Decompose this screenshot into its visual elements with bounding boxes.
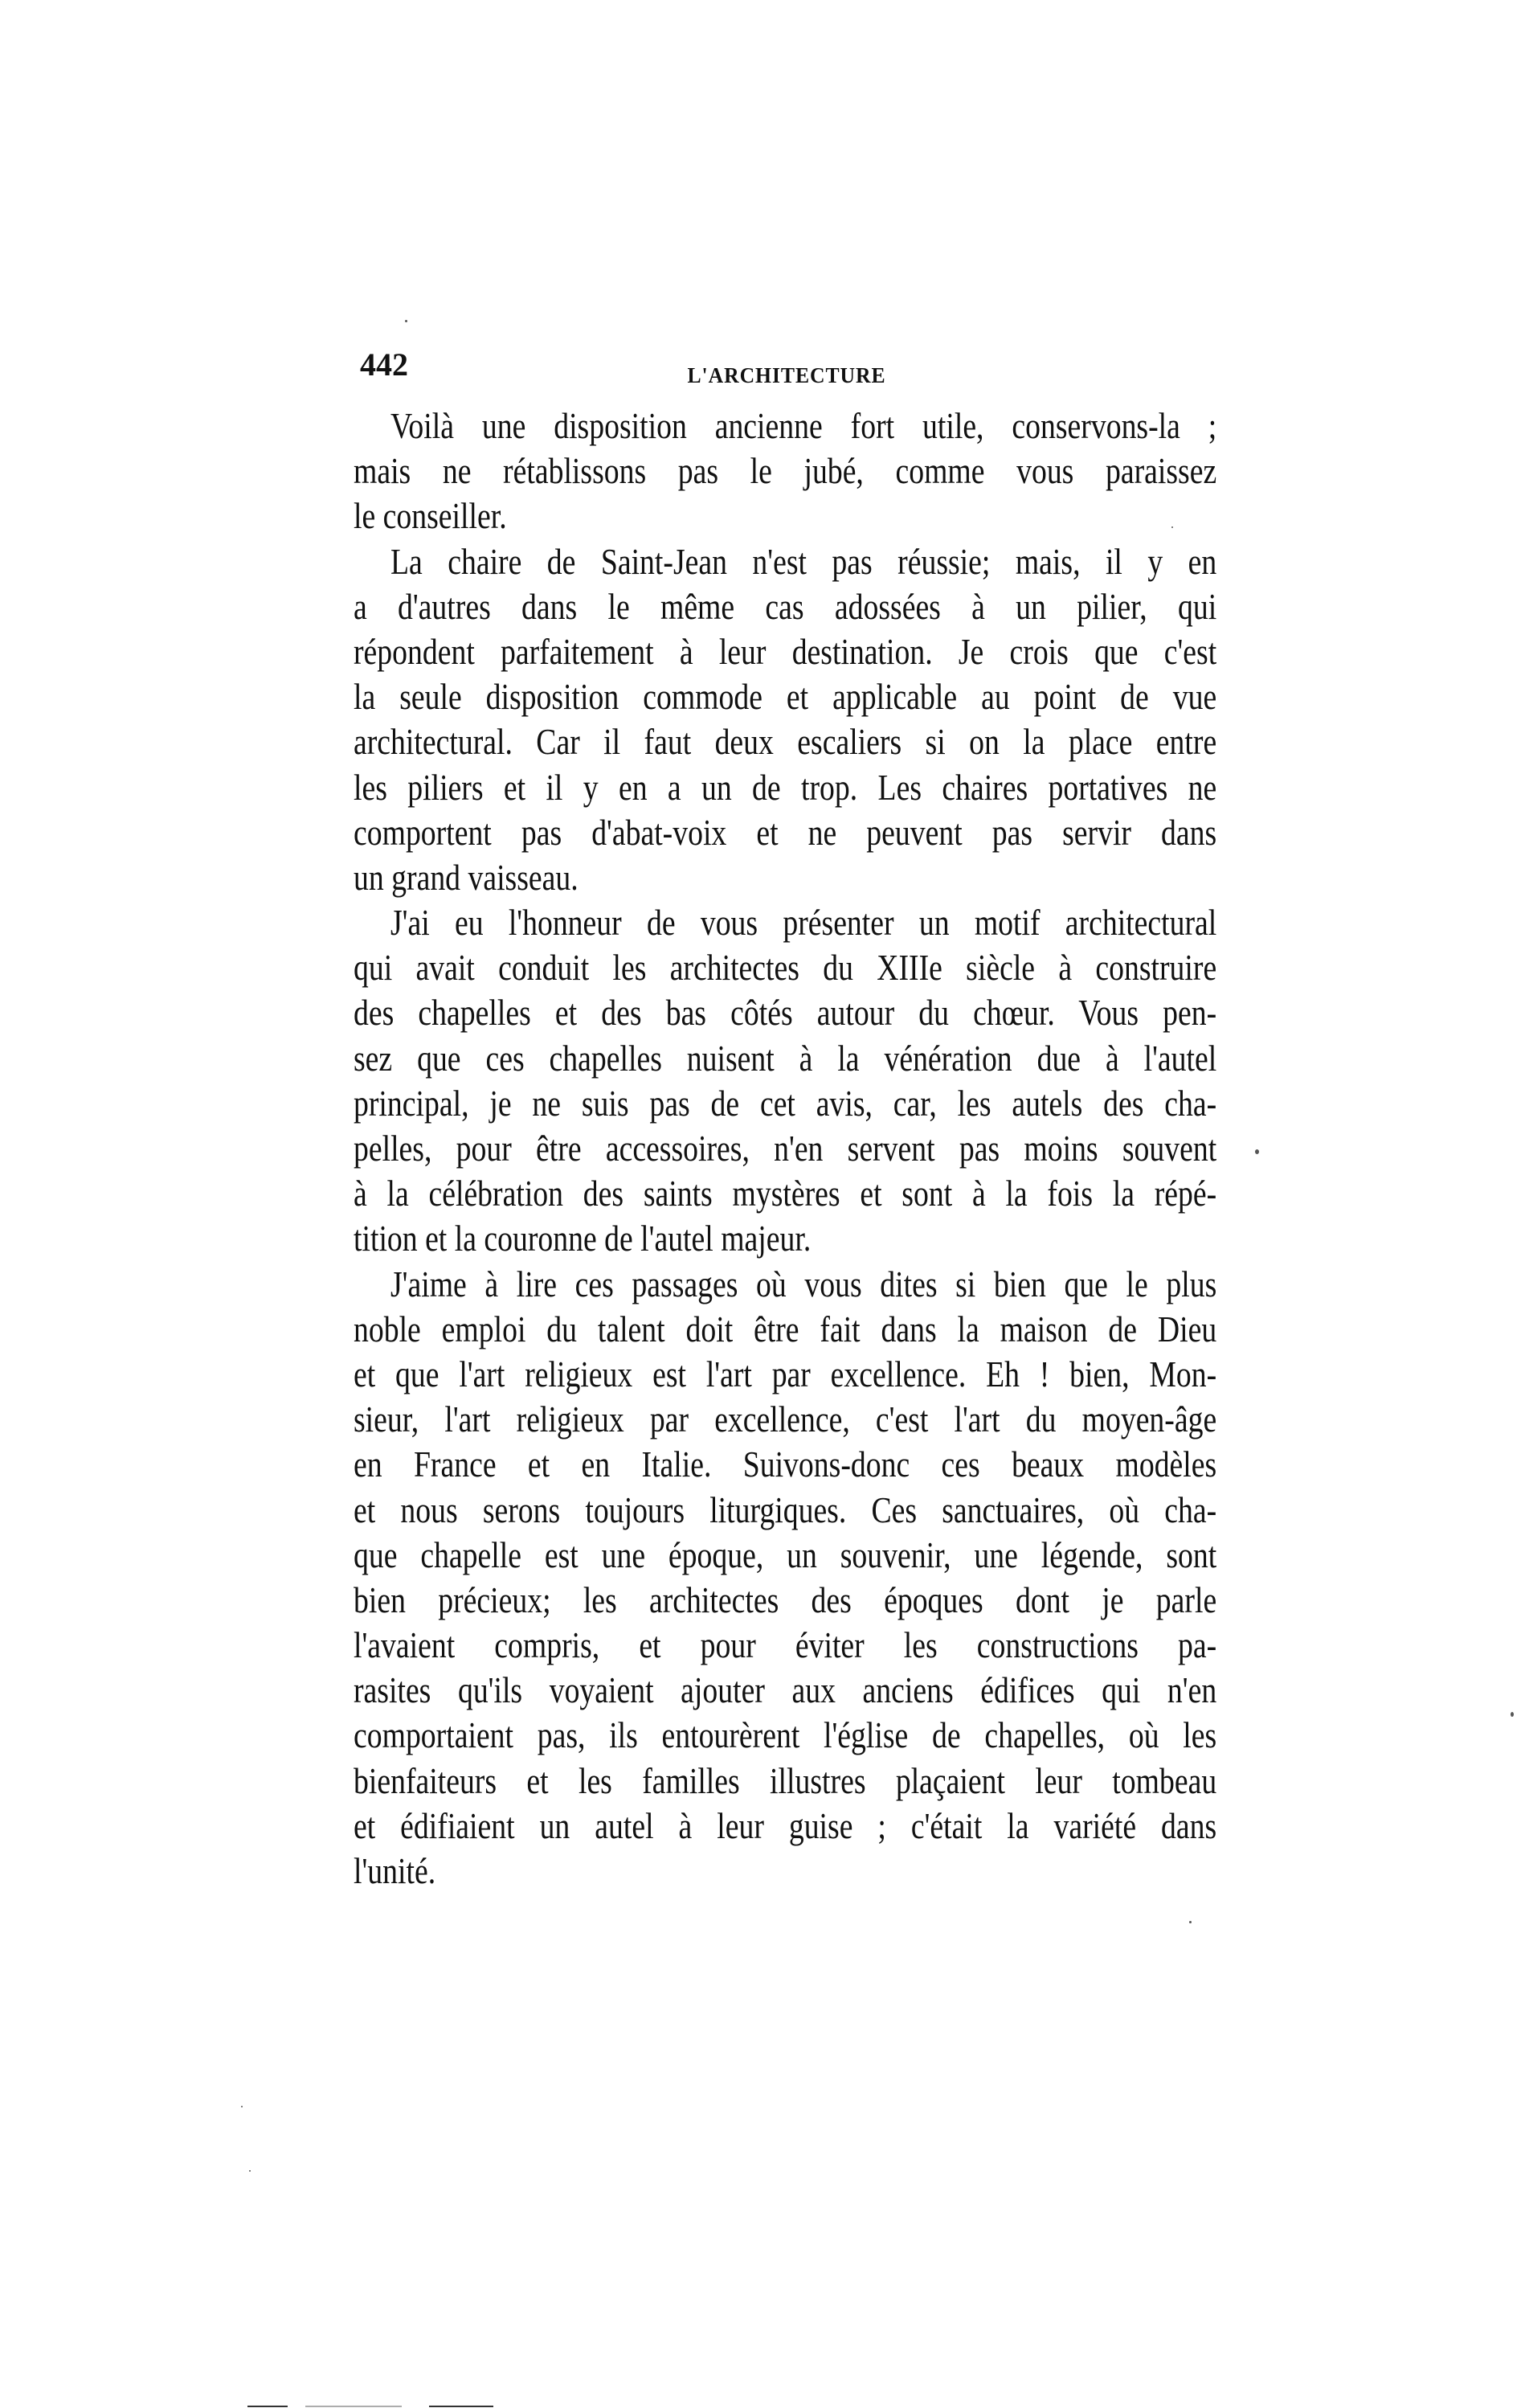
- text-line-content: bienfaiteurs et les familles illustres p…: [354, 1759, 1216, 1804]
- text-line: La chaire de Saint-Jean n'est pas réussi…: [354, 539, 1221, 584]
- text-line-content: le conseiller.: [354, 493, 1216, 539]
- text-line-content: que chapelle est une époque, un souvenir…: [354, 1533, 1216, 1578]
- text-line: architectural. Car il faut deux escalier…: [354, 719, 1221, 764]
- text-line-content: sez que ces chapelles nuisent à la vénér…: [354, 1036, 1216, 1081]
- text-line: sieur, l'art religieux par excellence, c…: [354, 1397, 1221, 1442]
- text-line: rasites qu'ils voyaient ajouter aux anci…: [354, 1668, 1221, 1713]
- text-line: qui avait conduit les architectes du XII…: [354, 945, 1221, 990]
- text-line-content: sieur, l'art religieux par excellence, c…: [354, 1397, 1216, 1442]
- text-line: bien précieux; les architectes des époqu…: [354, 1578, 1221, 1623]
- running-title-text: L'ARCHITECTURE: [687, 363, 885, 388]
- ink-speck: [1255, 1149, 1259, 1154]
- text-line-content: à la célébration des saints mystères et …: [354, 1171, 1216, 1216]
- text-line-content: mais ne rétablissons pas le jubé, comme …: [354, 448, 1216, 493]
- text-line-content: des chapelles et des bas côtés autour du…: [354, 990, 1216, 1035]
- text-line: répondent parfaitement à leur destinatio…: [354, 629, 1221, 674]
- text-line: principal, je ne suis pas de cet avis, c…: [354, 1081, 1221, 1126]
- text-line: des chapelles et des bas côtés autour du…: [354, 990, 1221, 1035]
- text-line: Voilà une disposition ancienne fort util…: [354, 403, 1221, 448]
- text-line-content: l'avaient compris, et pour éviter les co…: [354, 1623, 1216, 1668]
- text-line: sez que ces chapelles nuisent à la vénér…: [354, 1036, 1221, 1081]
- text-line-content: comportaient pas, ils entourèrent l'égli…: [354, 1713, 1216, 1758]
- text-line-content: pelles, pour être accessoires, n'en serv…: [354, 1126, 1216, 1171]
- bottom-rule: [305, 2406, 402, 2407]
- bottom-rule: [247, 2406, 288, 2407]
- text-line: et édifiaient un autel à leur guise ; c'…: [354, 1804, 1221, 1849]
- text-line-content: principal, je ne suis pas de cet avis, c…: [354, 1081, 1216, 1126]
- text-line-content: et que l'art religieux est l'art par exc…: [354, 1352, 1216, 1397]
- text-line: noble emploi du talent doit être fait da…: [354, 1307, 1221, 1352]
- text-line: l'avaient compris, et pour éviter les co…: [354, 1623, 1221, 1668]
- text-line-content: et nous serons toujours liturgiques. Ces…: [354, 1488, 1216, 1533]
- ink-speck: [1189, 1921, 1192, 1923]
- text-line-content: noble emploi du talent doit être fait da…: [354, 1307, 1216, 1352]
- text-line-content: comportent pas d'abat-voix et ne peuvent…: [354, 810, 1216, 855]
- text-line: mais ne rétablissons pas le jubé, comme …: [354, 448, 1221, 493]
- ink-speck: [241, 2106, 243, 2107]
- text-line-content: Voilà une disposition ancienne fort util…: [390, 403, 1216, 448]
- text-line-content: J'aime à lire ces passages où vous dites…: [390, 1262, 1216, 1307]
- ink-speck: [1511, 1712, 1514, 1717]
- text-line: a d'autres dans le même cas adossées à u…: [354, 584, 1221, 629]
- text-line: l'unité.: [354, 1849, 1221, 1894]
- text-line: J'aime à lire ces passages où vous dites…: [354, 1262, 1221, 1307]
- text-line-content: la seule disposition commode et applicab…: [354, 674, 1216, 719]
- text-line: les piliers et il y en a un de trop. Les…: [354, 765, 1221, 810]
- text-line: le conseiller.: [354, 493, 1221, 539]
- text-line-content: rasites qu'ils voyaient ajouter aux anci…: [354, 1668, 1216, 1713]
- ink-speck: [249, 2170, 251, 2172]
- text-line: comportaient pas, ils entourèrent l'égli…: [354, 1713, 1221, 1758]
- running-title: L'ARCHITECTURE: [0, 363, 1525, 388]
- text-line-content: bien précieux; les architectes des époqu…: [354, 1578, 1216, 1623]
- text-line-content: J'ai eu l'honneur de vous présenter un m…: [390, 900, 1216, 945]
- text-line: et que l'art religieux est l'art par exc…: [354, 1352, 1221, 1397]
- text-line-content: tition et la couronne de l'autel majeur.: [354, 1216, 1216, 1261]
- text-line-content: les piliers et il y en a un de trop. Les…: [354, 765, 1216, 810]
- text-line: tition et la couronne de l'autel majeur.: [354, 1216, 1221, 1261]
- bottom-rule: [429, 2406, 493, 2407]
- text-line-content: un grand vaisseau.: [354, 855, 1216, 900]
- text-line-content: et édifiaient un autel à leur guise ; c'…: [354, 1804, 1216, 1849]
- text-line: J'ai eu l'honneur de vous présenter un m…: [354, 900, 1221, 945]
- ink-speck: [405, 320, 407, 322]
- text-line: comportent pas d'abat-voix et ne peuvent…: [354, 810, 1221, 855]
- text-line: à la célébration des saints mystères et …: [354, 1171, 1221, 1216]
- text-line-content: l'unité.: [354, 1849, 1216, 1894]
- text-line: un grand vaisseau.: [354, 855, 1221, 900]
- text-line-content: en France et en Italie. Suivons-donc ces…: [354, 1442, 1216, 1487]
- text-line: en France et en Italie. Suivons-donc ces…: [354, 1442, 1221, 1487]
- ink-speck: [1171, 526, 1173, 528]
- text-line-content: répondent parfaitement à leur destinatio…: [354, 629, 1216, 674]
- text-line: et nous serons toujours liturgiques. Ces…: [354, 1488, 1221, 1533]
- text-line-content: a d'autres dans le même cas adossées à u…: [354, 584, 1216, 629]
- body-text: Voilà une disposition ancienne fort util…: [354, 403, 1221, 1894]
- text-line: la seule disposition commode et applicab…: [354, 674, 1221, 719]
- text-line-content: qui avait conduit les architectes du XII…: [354, 945, 1216, 990]
- text-line-content: architectural. Car il faut deux escalier…: [354, 719, 1216, 764]
- text-line: que chapelle est une époque, un souvenir…: [354, 1533, 1221, 1578]
- text-line-content: La chaire de Saint-Jean n'est pas réussi…: [390, 539, 1216, 584]
- text-line: bienfaiteurs et les familles illustres p…: [354, 1759, 1221, 1804]
- text-line: pelles, pour être accessoires, n'en serv…: [354, 1126, 1221, 1171]
